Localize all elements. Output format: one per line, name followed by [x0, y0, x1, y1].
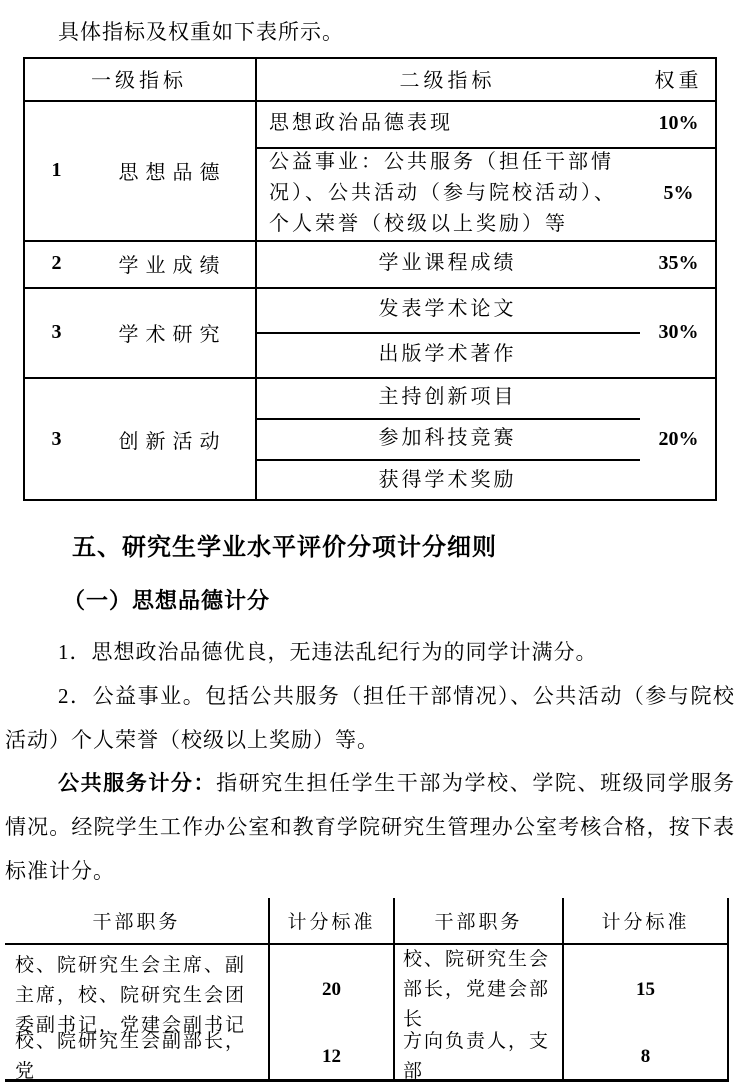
- t1-row3-no: 3: [23, 287, 90, 377]
- t1-row2-no: 2: [23, 240, 90, 287]
- paragraph-3: 公共服务计分：指研究生担任学生干部为学校、学院、班级同学服务情况。经院学生工作办…: [5, 761, 735, 893]
- t1-row1-name: 思想品德: [90, 100, 255, 240]
- t2-header-score2: 计分标准: [564, 898, 727, 943]
- t1-row1-item2: 公益事业：公共服务（担任干部情况）、公共活动（参与院校活动）、个人荣誉（校级以上…: [255, 147, 626, 240]
- t2-row2-pos1: 校、院研究生会副部长，党: [15, 1035, 263, 1079]
- t1-row3-item1: 发表学术论文: [255, 287, 640, 332]
- t2-header-pos1: 干部职务: [5, 898, 268, 943]
- t1-row1-item2-weight: 5%: [640, 147, 717, 240]
- t2-row2-pos2: 方向负责人，支部: [403, 1035, 558, 1079]
- paragraph-2: 2．公益事业。包括公共服务（担任干部情况）、公共活动（参与院校活动）个人荣誉（校…: [5, 674, 735, 762]
- t2-row2-score2: 8: [564, 1035, 727, 1079]
- t2-row1-score1: 20: [270, 945, 393, 1035]
- t1-row4-item1: 主持创新项目: [255, 377, 640, 418]
- t1-row4-weight: 20%: [640, 377, 717, 501]
- document-page: 具体指标及权重如下表所示。 一级指标 二级指标 权重 1 思想品德 思想政治品德…: [0, 0, 741, 1082]
- t2-row2-score1: 12: [270, 1035, 393, 1079]
- paragraph-1: 1．思想政治品德优良，无违法乱纪行为的同学计满分。: [5, 630, 735, 674]
- t1-header-weight: 权重: [640, 57, 717, 100]
- t1-row4-item2: 参加科技竞赛: [255, 418, 640, 459]
- t2-header-pos2: 干部职务: [395, 898, 562, 943]
- t1-row3-weight: 30%: [640, 287, 717, 377]
- t1-header-level2: 二级指标: [255, 57, 640, 100]
- t1-row4-no: 3: [23, 377, 90, 501]
- t1-row4-name: 创新活动: [90, 377, 255, 501]
- t1-row2-name: 学业成绩: [90, 240, 255, 287]
- t1-row2-weight: 35%: [640, 240, 717, 287]
- t1-row3-name: 学术研究: [90, 287, 255, 377]
- t2-row1-pos2: 校、院研究生会部长，党建会部长: [403, 945, 558, 1035]
- paragraph-3-lead: 公共服务计分：: [58, 771, 216, 795]
- section-heading: 五、研究生学业水平评价分项计分细则: [72, 527, 497, 562]
- t2-border-right: [727, 898, 729, 1082]
- t1-row2-item1: 学业课程成绩: [255, 240, 640, 287]
- t1-row1-no: 1: [23, 100, 90, 240]
- t1-row1-item1: 思想政治品德表现: [255, 100, 640, 147]
- t2-header-score1: 计分标准: [270, 898, 393, 943]
- t1-row3-item2: 出版学术著作: [255, 332, 640, 377]
- t1-header-level1: 一级指标: [23, 57, 255, 100]
- t1-row1-item1-weight: 10%: [640, 100, 717, 147]
- t2-row1-score2: 15: [564, 945, 727, 1035]
- indicator-weight-table: 一级指标 二级指标 权重 1 思想品德 思想政治品德表现 10% 公益事业：公共…: [23, 57, 717, 501]
- t1-row4-item3: 获得学术奖励: [255, 459, 640, 501]
- cadre-score-table: 干部职务 计分标准 干部职务 计分标准 校、院研究生会主席、副主席，校、院研究生…: [0, 898, 741, 1082]
- intro-paragraph: 具体指标及权重如下表所示。: [5, 10, 735, 54]
- sub-heading: （一）思想品德计分: [63, 584, 270, 615]
